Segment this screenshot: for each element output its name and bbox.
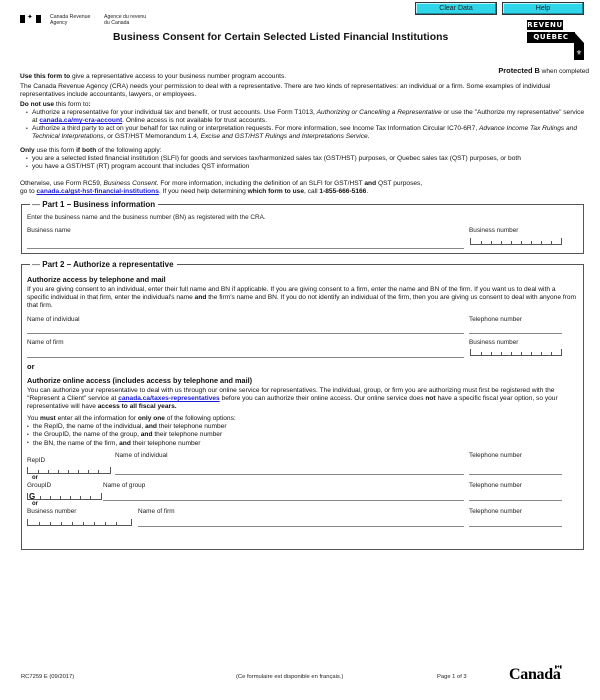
telephone-mail-instructions: If you are giving consent to an individu…: [27, 286, 579, 311]
firm-business-number-label: Business number: [469, 339, 518, 347]
form-title: Business Consent for Certain Selected Li…: [113, 32, 448, 45]
groupid-field[interactable]: [27, 493, 102, 500]
bn-name-of-firm-label: Name of firm: [138, 508, 175, 516]
or-separator: or: [27, 362, 35, 371]
rep-telephone-label: Telephone number: [469, 452, 522, 460]
telephone-mail-heading: Authorize access by telephone and mail: [27, 276, 166, 285]
help-button[interactable]: Help: [502, 2, 584, 15]
part2-heading: — Part 2 – Authorize a representative: [30, 260, 177, 269]
name-of-individual-field[interactable]: [27, 333, 464, 334]
bn-telephone-label: Telephone number: [469, 508, 522, 516]
group-telephone-label: Telephone number: [469, 482, 522, 490]
agency-name-english: Canada Revenue Agency: [50, 15, 90, 26]
repid-field[interactable]: [27, 467, 111, 474]
form-code: RC7259 E (09/2017): [21, 674, 74, 681]
rep-telephone-field[interactable]: [469, 474, 562, 475]
do-not-use-bullet: Authorize a third party to act on your b…: [28, 125, 585, 141]
financial-institutions-link[interactable]: canada.ca/gst-hst-financial-institutions: [37, 188, 159, 195]
page-number: Page 1 of 3: [437, 674, 467, 681]
bn-name-of-firm-field[interactable]: [138, 526, 464, 527]
name-of-firm-label: Name of firm: [27, 339, 64, 347]
groupid-prefix: G: [29, 493, 35, 501]
intro-cra-permission: The Canada Revenue Agency (CRA) needs yo…: [20, 83, 585, 99]
telephone-number-field[interactable]: [469, 333, 562, 334]
business-number-field[interactable]: [470, 238, 562, 245]
online-access-heading: Authorize online access (includes access…: [27, 377, 252, 386]
business-name-label: Business name: [27, 227, 71, 235]
agency-name-french: Agence du revenu du Canada: [104, 15, 146, 26]
name-of-group-label: Name of group: [103, 482, 145, 490]
canada-wordmark: Canada▮✦▮: [509, 665, 561, 685]
my-cra-account-link[interactable]: canada.ca/my-cra-account: [39, 117, 122, 124]
part2-section: — Part 2 – Authorize a representative Au…: [21, 264, 584, 550]
intro-otherwise: Otherwise, use Form RC59, Business Conse…: [20, 180, 585, 196]
fleur-de-lis-icon: ⚜: [575, 50, 583, 58]
option-bullet: the RepID, the name of the individual, a…: [29, 423, 579, 431]
group-telephone-field[interactable]: [469, 500, 562, 501]
canada-flag-icon: ▮✦▮: [555, 665, 562, 669]
option-bullet: the BN, the name of the firm, and their …: [29, 440, 579, 448]
online-access-instructions: You can authorize your representative to…: [27, 387, 579, 412]
do-not-use-bullet: Authorize a representative for your indi…: [28, 109, 585, 125]
name-of-individual-label: Name of individual: [27, 316, 80, 324]
business-number-label: Business number: [469, 227, 518, 235]
online-options: You must enter all the information for o…: [27, 415, 579, 448]
canada-flag-icon: ✦: [20, 15, 41, 23]
part1-section: — Part 1 – Business information Enter th…: [21, 204, 584, 254]
bn-field[interactable]: [27, 519, 132, 526]
name-of-group-field[interactable]: [103, 500, 464, 501]
firm-business-number-field[interactable]: [470, 349, 562, 356]
taxes-representatives-link[interactable]: canada.ca/taxes-representatives: [118, 395, 220, 402]
intro-do-not-use: Do not use this form to: Authorize a rep…: [20, 101, 585, 141]
telephone-number-label: Telephone number: [469, 316, 522, 324]
french-availability-note: (Ce formulaire est disponible en françai…: [236, 674, 343, 681]
name-of-firm-field[interactable]: [27, 357, 464, 358]
rep-name-of-individual-label: Name of individual: [115, 452, 168, 460]
intro-only-use: Only use this form if both of the follow…: [20, 147, 585, 171]
bn-telephone-field[interactable]: [469, 526, 562, 527]
option-bullet: the GroupID, the name of the group, and …: [29, 431, 579, 439]
business-name-field[interactable]: [27, 248, 464, 249]
bn-label: Business number: [27, 508, 76, 516]
only-use-bullet: you have a GST/HST (RT) program account …: [28, 163, 585, 171]
groupid-label: GroupID: [27, 482, 51, 490]
intro-use-form: Use this form to give a representative a…: [20, 73, 585, 81]
part1-instructions: Enter the business name and the business…: [27, 214, 266, 222]
clear-data-button[interactable]: Clear Data: [415, 2, 497, 15]
repid-label: RepID: [27, 457, 45, 465]
rep-name-of-individual-field[interactable]: [115, 474, 464, 475]
part1-heading: — Part 1 – Business information: [30, 200, 158, 209]
only-use-bullet: you are a selected listed financial inst…: [28, 155, 585, 163]
